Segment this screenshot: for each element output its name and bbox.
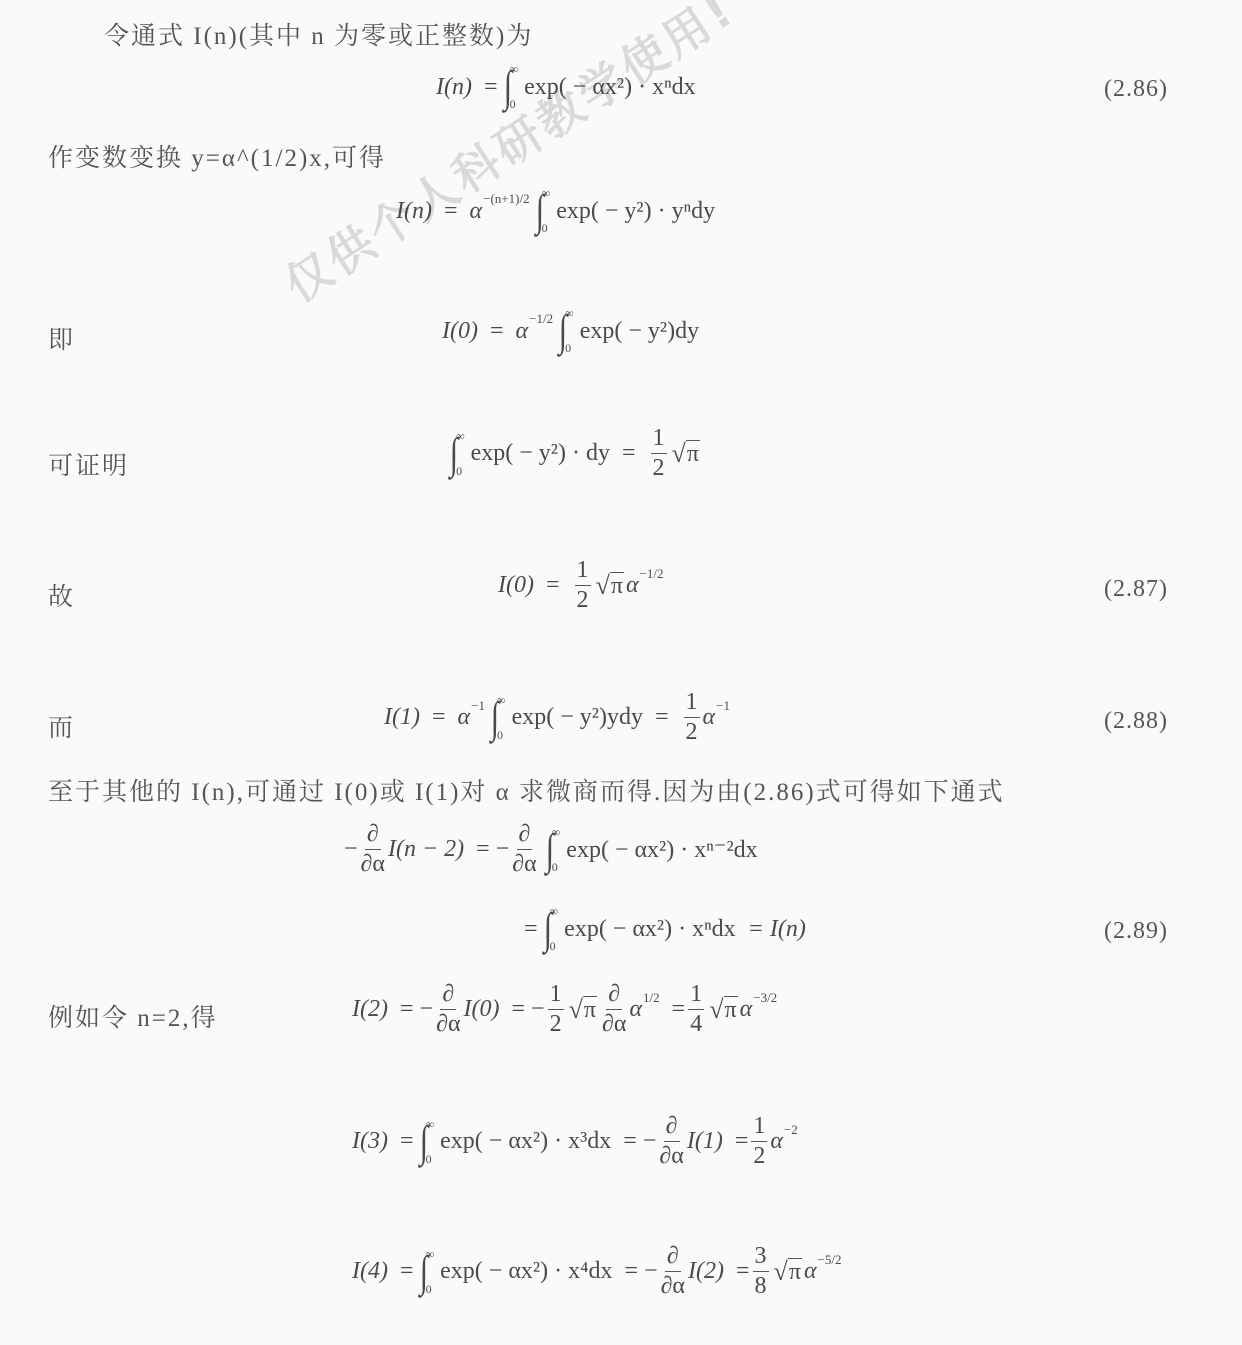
equation-number: (2.88)	[1104, 708, 1168, 735]
equation-number: (2.86)	[1104, 76, 1168, 103]
sqrt-pi: √π	[569, 996, 597, 1023]
label-ji: 即	[48, 320, 75, 356]
exponent: −3/2	[753, 990, 777, 1006]
equals-sign: =	[736, 1258, 750, 1285]
exponent: −1/2	[640, 566, 664, 582]
alpha: α	[629, 996, 642, 1023]
alpha-prefactor: α	[470, 198, 483, 225]
alpha-prefactor: α	[516, 318, 529, 345]
result: = I(n)	[748, 916, 806, 943]
eq-lhs: I(1)	[384, 704, 420, 731]
eq-lhs: I(n)	[436, 74, 472, 101]
equals-sign: =	[672, 996, 686, 1023]
equals-sign: =	[655, 704, 669, 731]
equation-2-87: I(0) = 12 √π α−1/2	[498, 558, 664, 613]
integrand: exp( − αx²) · x⁴dx	[440, 1258, 612, 1285]
equation-number: (2.89)	[1104, 918, 1168, 945]
eq-lhs: I(2)	[352, 996, 388, 1023]
exponent: −1	[716, 698, 730, 714]
equals-minus: = −	[476, 836, 509, 863]
derivative-text-line: 至于其他的 I(n),可通过 I(0)或 I(1)对 α 求微商而得.因为由(2…	[48, 772, 1005, 808]
integrand: exp( − y²) · dy	[471, 440, 610, 467]
partial-derivative: ∂∂α	[512, 822, 536, 877]
partial-derivative: ∂∂α	[361, 822, 385, 877]
fraction: 12	[684, 690, 700, 745]
integral-sign: ∫∞0	[544, 825, 561, 875]
equation-gaussian-integral: ∫∞0 exp( − y²) · dy = 12 √π	[444, 426, 702, 481]
equals-sign: =	[400, 1128, 414, 1155]
integrand: exp( − y²)dy	[580, 318, 699, 345]
exponent: −(n+1)/2	[483, 191, 529, 207]
integral-sign: ∫∞0	[418, 1117, 435, 1167]
equals-sign: =	[524, 916, 538, 943]
alpha: α	[804, 1258, 817, 1285]
equals-sign: =	[546, 572, 560, 599]
equals-sign: =	[622, 440, 636, 467]
equals-sign: =	[400, 1258, 414, 1285]
integrand: exp( − αx²) · xⁿdx	[524, 74, 696, 101]
equals-sign: =	[490, 318, 504, 345]
integral-sign: ∫∞0	[418, 1247, 435, 1297]
eq-lhs: I(n)	[396, 198, 432, 225]
integral-sign: ∫∞0	[557, 306, 574, 356]
partial-derivative: ∂∂α	[436, 982, 460, 1037]
equation-2-86: I(n) = ∫∞0 exp( − αx²) · xⁿdx	[436, 62, 696, 112]
eq-lhs: I(3)	[352, 1128, 388, 1155]
integral-sign: ∫∞0	[489, 693, 506, 743]
label-gu: 故	[48, 577, 75, 613]
alpha: α	[740, 996, 753, 1023]
integral-sign: ∫∞0	[448, 429, 465, 479]
eq-lhs: I(4)	[352, 1258, 388, 1285]
eq-lhs: I(0)	[498, 572, 534, 599]
alpha: α	[703, 704, 716, 731]
equation-I2: I(2) = − ∂∂α I(0) = − 12 √π ∂∂α α1/2 = 1…	[352, 982, 777, 1037]
label-example: 例如令 n=2,得	[48, 998, 218, 1034]
integrand: exp( − y²)ydy	[512, 704, 643, 731]
integrand: exp( − αx²) · xⁿdx	[564, 916, 736, 943]
alpha: α	[626, 572, 639, 599]
equation-substitution: I(n) = α−(n+1)/2 ∫∞0 exp( − y²) · yⁿdy	[396, 186, 715, 236]
fraction: 12	[751, 1114, 767, 1169]
equals-sign: =	[735, 1128, 749, 1155]
integrand: exp( − αx²) · xⁿ⁻²dx	[566, 835, 757, 864]
equals-sign: =	[624, 1258, 638, 1285]
alpha-prefactor: α	[458, 704, 471, 731]
equals-sign: =	[512, 996, 526, 1023]
func: I(0)	[464, 996, 500, 1023]
equation-2-88: I(1) = α−1 ∫∞0 exp( − y²)ydy = 12 α−1	[384, 690, 730, 745]
integrand: exp( − y²) · yⁿdy	[556, 198, 715, 225]
equals-sign: =	[484, 74, 498, 101]
minus-sign: −	[344, 836, 358, 863]
label-kezhengming: 可证明	[48, 446, 129, 482]
equation-I0-integral: I(0) = α−1/2 ∫∞0 exp( − y²)dy	[442, 306, 699, 356]
exponent: −1	[471, 698, 485, 714]
func: I(2)	[688, 1258, 724, 1285]
alpha: α	[770, 1128, 783, 1155]
fraction: 38	[753, 1244, 769, 1299]
fraction: 12	[651, 426, 667, 481]
equals-sign: =	[400, 996, 414, 1023]
fraction: 14	[688, 982, 704, 1037]
substitution-text-line: 作变数变换 y=α^(1/2)x,可得	[48, 138, 386, 174]
exponent: 1/2	[643, 990, 660, 1006]
sqrt-pi: √π	[774, 1258, 802, 1285]
equation-number: (2.87)	[1104, 576, 1168, 603]
integrand: exp( − αx²) · x³dx	[440, 1128, 611, 1155]
intro-text-line: 令通式 I(n)(其中 n 为零或正整数)为	[104, 16, 533, 52]
sqrt-pi: √π	[596, 572, 624, 599]
partial-derivative: ∂∂α	[659, 1114, 683, 1169]
equation-2-89-line2: = ∫∞0 exp( − αx²) · xⁿdx = I(n)	[524, 904, 806, 954]
sqrt-pi: √π	[672, 440, 700, 467]
sqrt-pi: √π	[709, 996, 737, 1023]
fraction: 12	[548, 982, 564, 1037]
partial-derivative: ∂∂α	[661, 1244, 685, 1299]
equals-sign: =	[444, 198, 458, 225]
fraction: 12	[575, 558, 591, 613]
integral-sign: ∫∞0	[534, 186, 551, 236]
eq-lhs: I(n − 2)	[388, 836, 464, 863]
equation-I3: I(3) = ∫∞0 exp( − αx²) · x³dx = − ∂∂α I(…	[352, 1114, 798, 1169]
exponent: −5/2	[818, 1252, 842, 1268]
equation-2-89-line1: − ∂∂α I(n − 2) = − ∂∂α ∫∞0 exp( − αx²) ·…	[344, 822, 758, 877]
equals-sign: =	[432, 704, 446, 731]
partial-derivative: ∂∂α	[602, 982, 626, 1037]
integral-sign: ∫∞0	[502, 62, 519, 112]
integral-sign: ∫∞0	[542, 904, 559, 954]
exponent: −2	[784, 1122, 798, 1138]
func: I(1)	[687, 1128, 723, 1155]
equals-sign: =	[623, 1128, 637, 1155]
exponent: −1/2	[529, 311, 553, 327]
equation-I4: I(4) = ∫∞0 exp( − αx²) · x⁴dx = − ∂∂α I(…	[352, 1244, 842, 1299]
label-er: 而	[48, 708, 75, 744]
eq-lhs: I(0)	[442, 318, 478, 345]
